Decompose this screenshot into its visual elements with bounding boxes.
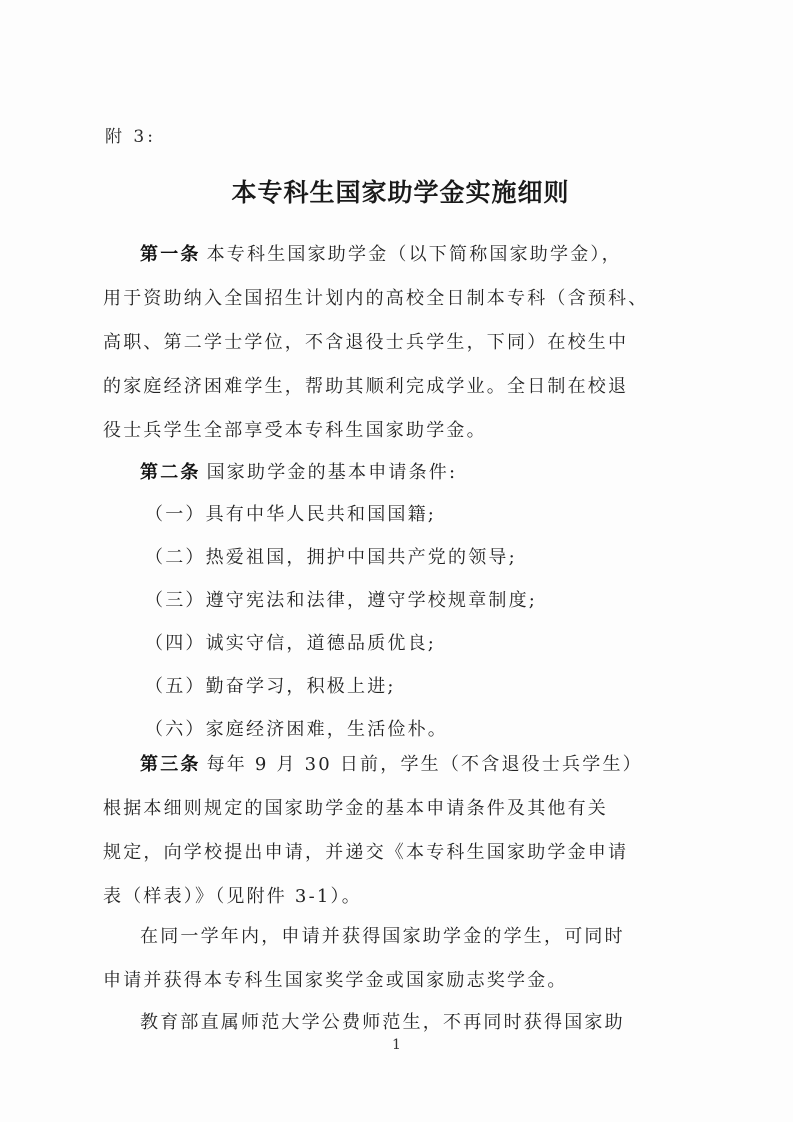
article3-text-1: 每年 9 月 30 日前，学生（不含退役士兵学生）: [207, 754, 643, 775]
same-year-line-1: 在同一学年内，申请并获得国家助学金的学生，可同时: [140, 922, 625, 948]
article1-lead: 第一条: [140, 244, 201, 265]
article1-line-1: 第一条本专科生国家助学金（以下简称国家助学金），: [140, 240, 622, 266]
article3-line-3: 规定，向学校提出申请，并递交《本专科生国家助学金申请: [103, 838, 628, 864]
article1-line-4: 的家庭经济困难学生，帮助其顺利完成学业。全日制在校退: [103, 372, 628, 398]
article3-line-4: 表（样表）》（见附件 3-1）。: [103, 882, 362, 908]
article2-item-4: （四）诚实守信，道德品质优良;: [145, 629, 436, 655]
normal-students-line-1: 教育部直属师范大学公费师范生，不再同时获得国家助: [140, 1008, 625, 1034]
article2-item-6: （六）家庭经济困难，生活俭朴。: [145, 715, 448, 741]
article2-item-5: （五）勤奋学习，积极上进;: [145, 672, 396, 698]
article2-item-1: （一）具有中华人民共和国国籍;: [145, 500, 436, 526]
article1-line-2: 用于资助纳入全国招生计划内的高校全日制本专科（含预科、: [103, 284, 648, 310]
article2-item-2: （二）热爱祖国，拥护中国共产党的领导;: [145, 543, 517, 569]
article1-line-5: 役士兵学生全部享受本专科生国家助学金。: [103, 416, 487, 442]
article3-line-1: 第三条每年 9 月 30 日前，学生（不含退役士兵学生）: [140, 750, 643, 776]
document-title: 本专科生国家助学金实施细则: [0, 173, 793, 209]
document-page: 附 3: 本专科生国家助学金实施细则 第一条本专科生国家助学金（以下简称国家助学…: [0, 0, 793, 1122]
same-year-line-2: 申请并获得本专科生国家奖学金或国家励志奖学金。: [103, 966, 568, 992]
attachment-label: 附 3:: [105, 122, 156, 147]
article2-lead: 第二条: [140, 462, 201, 483]
article2-item-3: （三）遵守宪法和法律，遵守学校规章制度;: [145, 586, 537, 612]
page-number: 1: [0, 1037, 793, 1053]
article2-intro-line: 第二条国家助学金的基本申请条件:: [140, 458, 457, 484]
article3-line-2: 根据本细则规定的国家助学金的基本申请条件及其他有关: [103, 794, 608, 820]
article1-text-1: 本专科生国家助学金（以下简称国家助学金），: [207, 244, 622, 265]
article3-lead: 第三条: [140, 754, 201, 775]
article1-line-3: 高职、第二学士学位，不含退役士兵学生，下同）在校生中: [103, 328, 628, 354]
article2-intro: 国家助学金的基本申请条件:: [207, 462, 458, 483]
